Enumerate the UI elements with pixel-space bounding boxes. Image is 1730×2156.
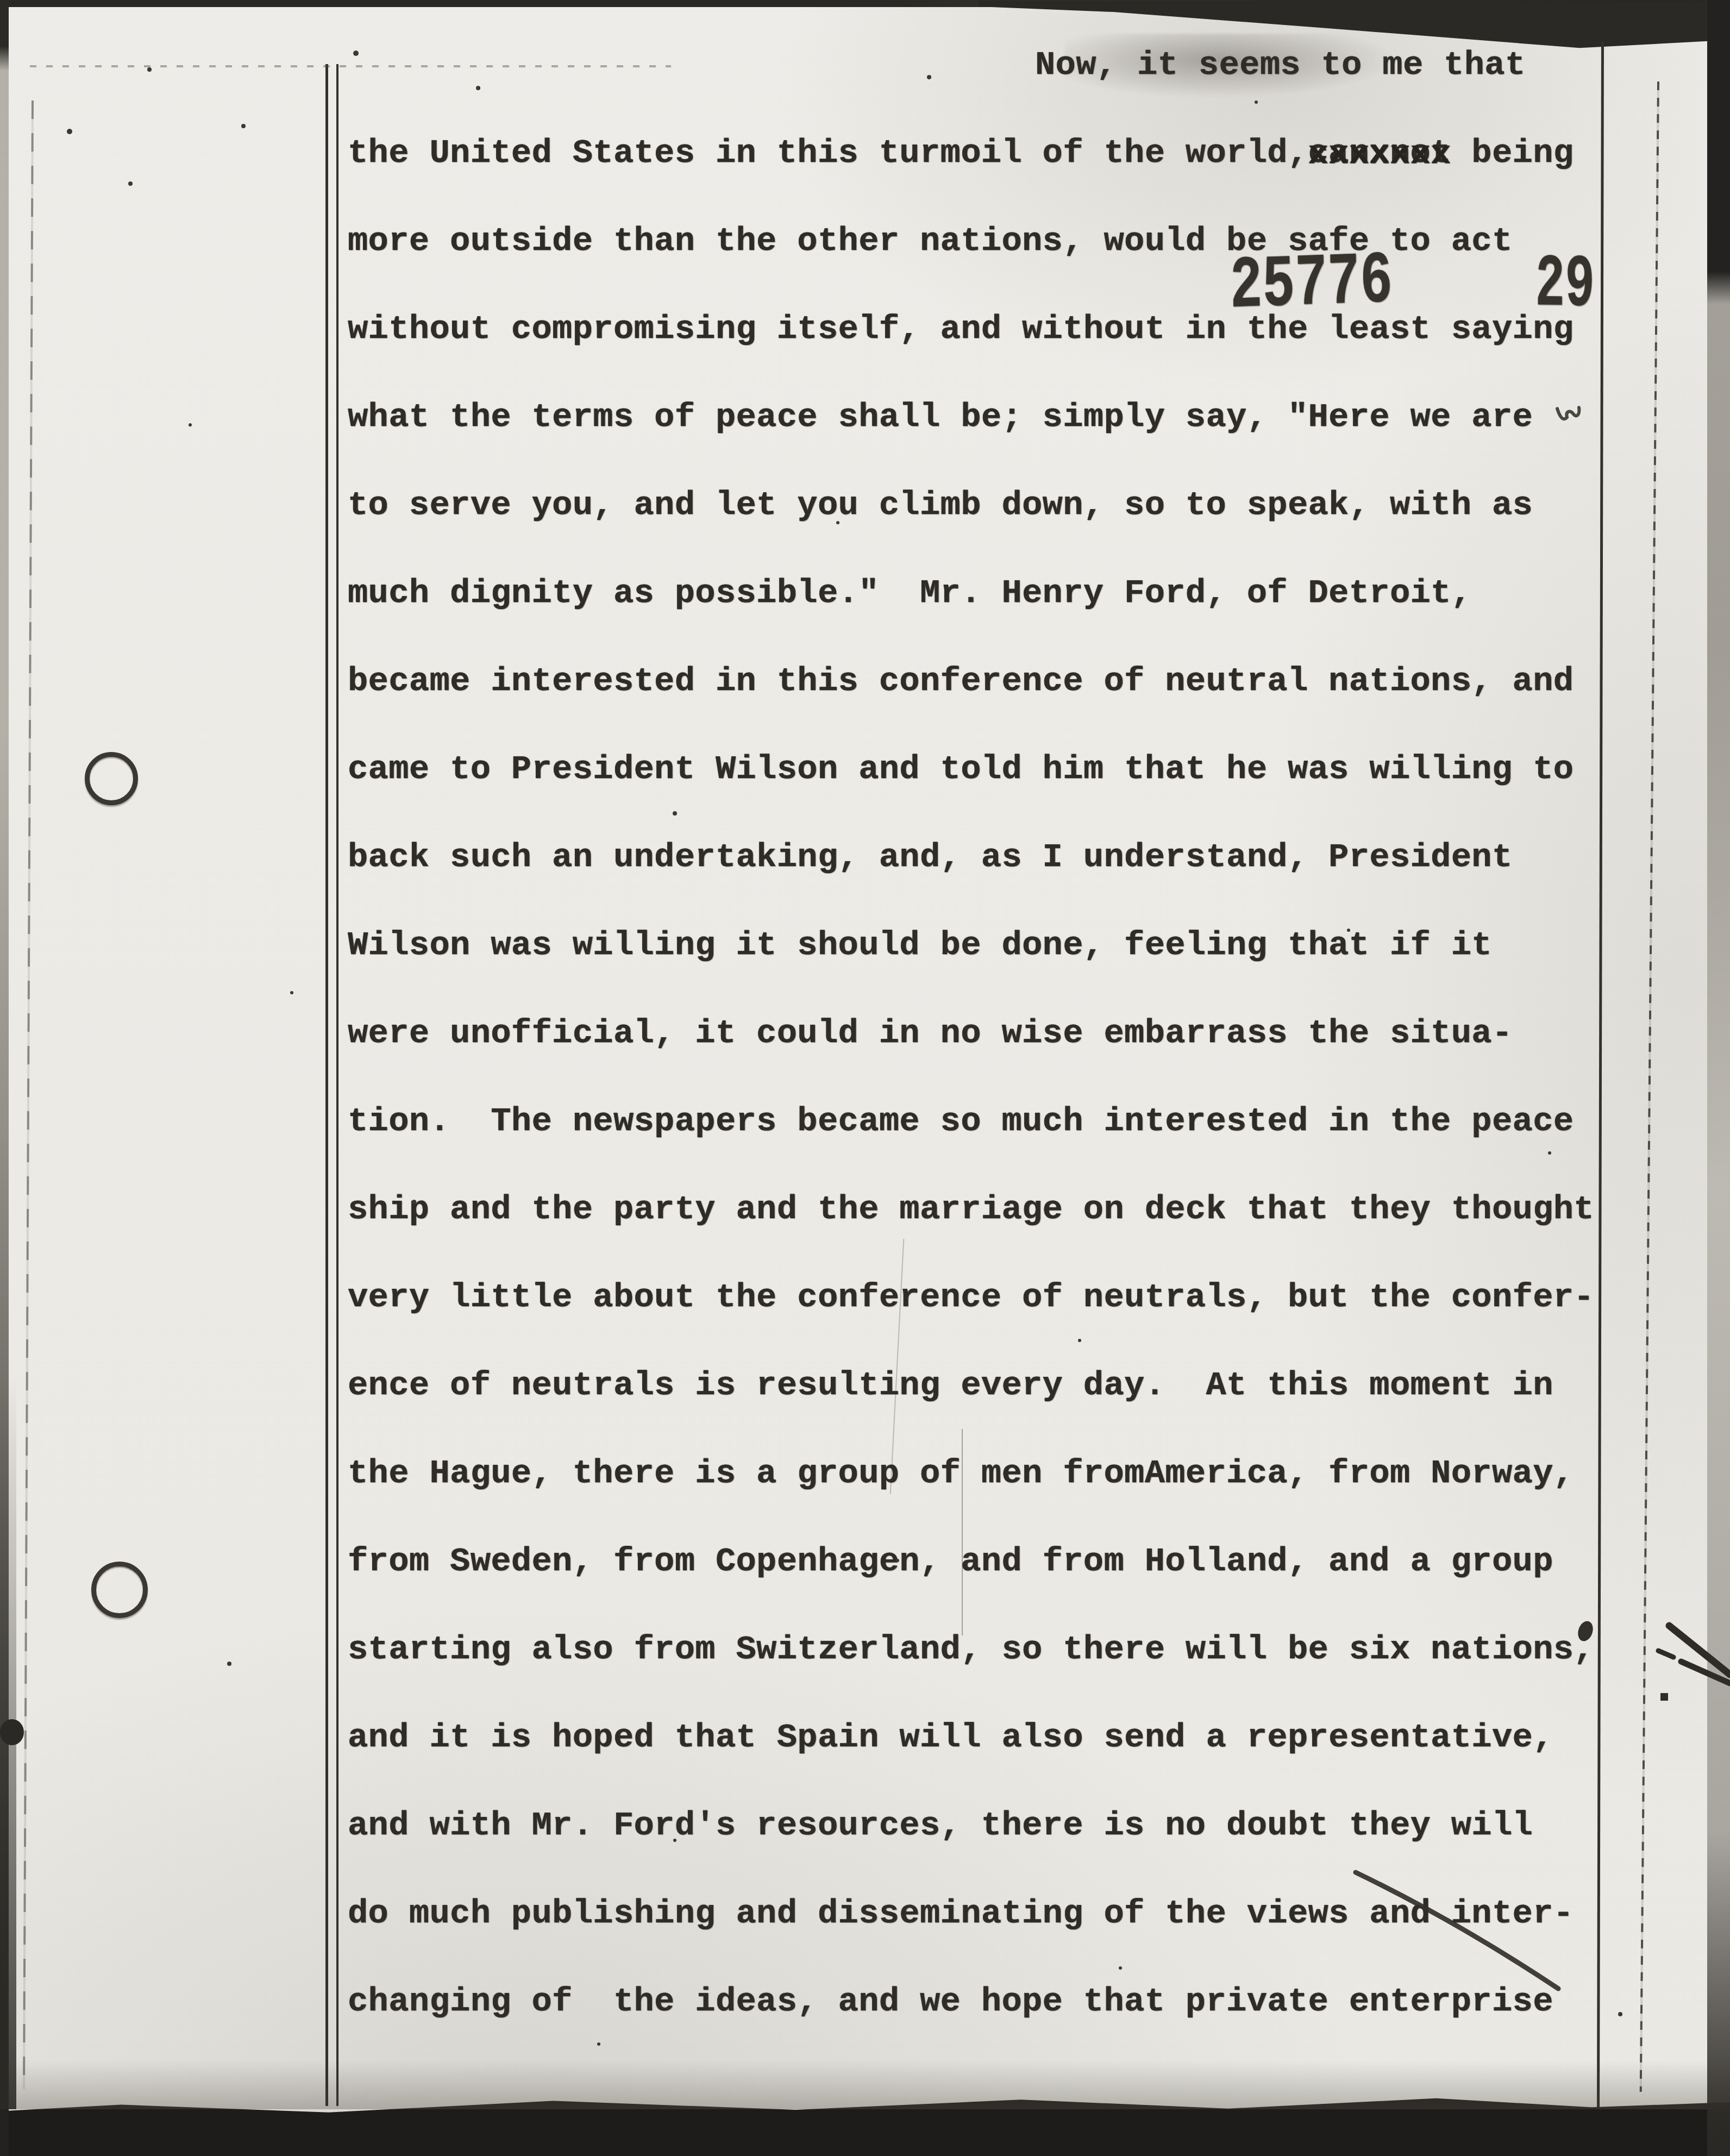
text-line: starting also from Switzerland, so there… bbox=[348, 1630, 1594, 1669]
text-line: were unofficial, it could in no wise emb… bbox=[348, 1014, 1513, 1052]
text-line: Wilson was willing it should be done, fe… bbox=[348, 926, 1492, 964]
text-line: and with Mr. Ford's resources, there is … bbox=[348, 1806, 1533, 1845]
text-line: and it is hoped that Spain will also sen… bbox=[348, 1718, 1553, 1757]
punch-hole-top bbox=[85, 752, 138, 805]
ink-dot-square bbox=[1660, 1693, 1668, 1701]
text-line: changing of the ideas, and we hope that … bbox=[348, 1982, 1553, 2021]
right-crease-line bbox=[1640, 82, 1659, 2092]
stamp-number: 25776 bbox=[1229, 240, 1393, 329]
scan-edge-right bbox=[1707, 0, 1730, 2156]
text-line: what the terms of peace shall be; simply… bbox=[348, 398, 1533, 436]
text-line: back such an undertaking, and, as I unde… bbox=[348, 838, 1513, 876]
text-line: ship and the party and the marriage on d… bbox=[348, 1190, 1594, 1229]
scan-edge-left-bottom bbox=[0, 1376, 16, 2109]
document-page: Now, it seems to me thatthe United State… bbox=[0, 0, 1730, 2156]
text-line: to serve you, and let you climb down, so… bbox=[348, 486, 1533, 524]
typewritten-text-block: Now, it seems to me thatthe United State… bbox=[348, 0, 1597, 2156]
text-line: ence of neutrals is resulting every day.… bbox=[348, 1366, 1553, 1405]
text-line: very little about the conference of neut… bbox=[348, 1278, 1594, 1317]
text-line: the United States in this turmoil of the… bbox=[348, 134, 1574, 172]
text-line: tion. The newspapers became so much inte… bbox=[348, 1102, 1574, 1140]
right-margin-rule bbox=[1597, 41, 1604, 2107]
text-line: from Sweden, from Copenhagen, and from H… bbox=[348, 1542, 1553, 1581]
page-number: 29 bbox=[1535, 243, 1595, 328]
text-line: Now, it seems to me that bbox=[1035, 46, 1526, 84]
strikethrough-word: canxnotxxxxxxx bbox=[1308, 134, 1451, 172]
text-line: the Hague, there is a group of men fromA… bbox=[348, 1454, 1574, 1493]
left-faint-line bbox=[23, 101, 34, 2089]
pen-arrow-right-3 bbox=[1658, 1651, 1673, 1657]
text-line: much dignity as possible." Mr. Henry For… bbox=[348, 574, 1471, 612]
left-margin-double-rule bbox=[325, 64, 339, 2106]
text-line: do much publishing and disseminating of … bbox=[348, 1894, 1574, 1933]
text-line: came to President Wilson and told him th… bbox=[348, 750, 1574, 788]
text-line: became interested in this conference of … bbox=[348, 662, 1574, 700]
punch-hole-bottom bbox=[91, 1562, 148, 1618]
